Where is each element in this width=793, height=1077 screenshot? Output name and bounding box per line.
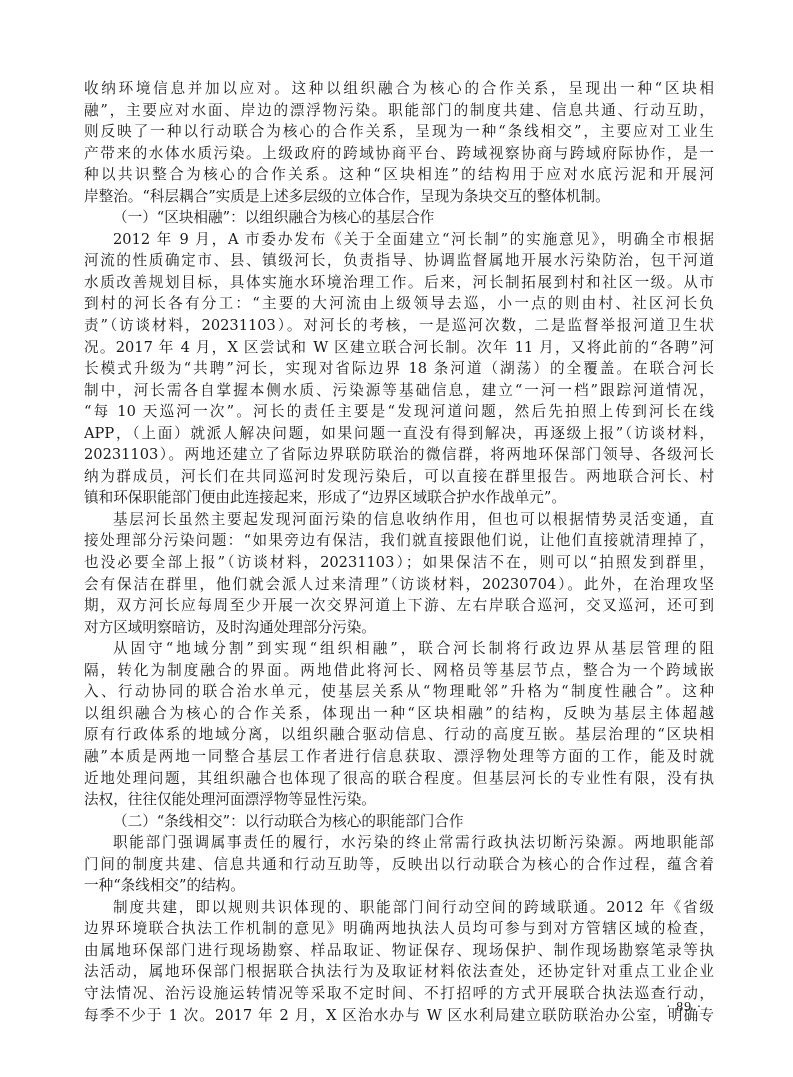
text-line: APP，（上面）就派人解决问题，如果问题一直没有得到解决，再逐级上报”（访谈材料… — [84, 423, 714, 445]
text-line: 融”，主要应对水面、岸边的漂浮物污染。职能部门的制度共建、信息共通、行动互助， — [84, 100, 714, 122]
text-line: 河流的性质确定市、县、镇级河长，负责指导、协调监督属地开展水污染防治，包干河道 — [84, 250, 714, 272]
text-line: 到村的河长各有分工：“主要的大河流由上级领导去巡，小一点的则由村、社区河长负 — [84, 293, 714, 315]
text-line: 种以共识整合为核心的合作关系。这种“区块相连”的结构用于应对水底污泥和开展河 — [84, 164, 714, 186]
text-line: 制度共建，即以规则共识体现的、职能部门间行动空间的跨域联通。2012 年《省级 — [84, 897, 714, 919]
text-line: 2012 年 9 月，A 市委办发布《关于全面建立“河长制”的实施意见》，明确全… — [84, 229, 714, 251]
text-line: 门间的制度共建、信息共通和行动互助等，反映出以行动联合为核心的合作过程，蕴含着 — [84, 854, 714, 876]
text-line: 责”（访谈材料，20231103）。对河长的考核，一是巡河次数，二是监督举报河道… — [84, 315, 714, 337]
section-heading: （一）“区块相融”：以组织融合为核心的基层合作 — [84, 207, 714, 229]
text-line: 岸整治。“科层耦合”实质是上述多层级的立体合作，呈现为条块交互的整体机制。 — [84, 186, 714, 208]
text-line: 产带来的水体水质污染。上级政府的跨域协商平台、跨域视察协商与跨域府际协作，是一 — [84, 143, 714, 165]
text-line: 法活动，属地环保部门根据联合执法行为及取证材料依法查处，还协定针对重点工业企业 — [84, 961, 714, 983]
text-line: 由属地环保部门进行现场勘察、样品取证、物证保存、现场保护、制作现场勘察笔录等执 — [84, 940, 714, 962]
text-line: 每季不少于 1 次。2017 年 2 月，X 区治水办与 W 区水利局建立联防联… — [84, 1005, 714, 1027]
text-line: 纳为群成员，河长们在共同巡河时发现污染后，可以直接在群里报告。两地联合河长、村 — [84, 466, 714, 488]
text-line: 边界环境联合执法工作机制的意见》明确两地执法人员均可参与到对方管辖区域的检查， — [84, 918, 714, 940]
text-line: 对方区域明察暗访，及时沟通处理部分污染。 — [84, 617, 714, 639]
text-line: 守法情况、治污设施运转情况等采取不定时间、不打招呼的方式开展联合执法巡查行动， — [84, 983, 714, 1005]
text-line: 近地处理问题，其组织融合也体现了很高的联合程度。但基层河长的专业性有限，没有执 — [84, 768, 714, 790]
section-heading: （二）“条线相交”：以行动联合为核心的职能部门合作 — [84, 811, 714, 833]
text-line: 20231103）。两地还建立了省际边界联防联治的微信群，将两地环保部门领导、各… — [84, 444, 714, 466]
text-line: 融”本质是两地一同整合基层工作者进行信息获取、漂浮物处理等方面的工作，能及时就 — [84, 746, 714, 768]
article-body: 收纳环境信息并加以应对。这种以组织融合为核心的合作关系，呈现出一种“区块相融”，… — [84, 78, 714, 1026]
text-line: 一种“条线相交”的结构。 — [84, 875, 714, 897]
page-number: · 89 · — [666, 1000, 702, 1016]
text-line: 以组织融合为核心的合作关系，体现出一种“区块相融”的结构，反映为基层主体超越 — [84, 703, 714, 725]
text-line: 会有保洁在群里，他们就会派人过来清理”（访谈材料，20230704）。此外，在治… — [84, 574, 714, 596]
text-line: 镇和环保职能部门便由此连接起来，形成了“边界区域联合护水作战单元”。 — [84, 487, 714, 509]
text-line: 水质改善规划目标，具体实施水环境治理工作。后来，河长制拓展到村和社区一级。从市 — [84, 272, 714, 294]
text-line: 职能部门强调属事责任的履行，水污染的终止常需行政执法切断污染源。两地职能部 — [84, 832, 714, 854]
text-line: 长模式升级为“共聘”河长，实现对省际边界 18 条河道（湖荡）的全覆盖。在联合河… — [84, 358, 714, 380]
text-line: 从固守“地域分割”到实现“组织相融”，联合河长制将行政边界从基层管理的阻 — [84, 638, 714, 660]
text-line: 隔，转化为制度融合的界面。两地借此将河长、网格员等基层节点，整合为一个跨域嵌 — [84, 660, 714, 682]
text-line: 基层河长虽然主要起发现河面污染的信息收纳作用，但也可以根据情势灵活变通，直 — [84, 509, 714, 531]
text-line: 制中，河长需各自掌握本侧水质、污染源等基础信息，建立“一河一档”跟踪河道情况， — [84, 380, 714, 402]
text-line: 法权，往往仅能处理河面漂浮物等显性污染。 — [84, 789, 714, 811]
text-line: 期，双方河长应每周至少开展一次交界河道上下游、左右岸联合巡河，交叉巡河，还可到 — [84, 595, 714, 617]
text-line: 况。2017 年 4 月，X 区尝试和 W 区建立联合河长制。次年 11 月，又… — [84, 337, 714, 359]
text-line: 也没必要全部上报”（访谈材料，20231103）；如果保洁不在，则可以“拍照发到… — [84, 552, 714, 574]
text-line: 原有行政体系的地域分离，以组织融合驱动信息、行动的高度互嵌。基层治理的“区块相 — [84, 724, 714, 746]
text-line: 接处理部分污染问题：“如果旁边有保洁，我们就直接跟他们说，让他们直接就清理掉了， — [84, 530, 714, 552]
text-line: 则反映了一种以行动联合为核心的合作关系，呈现为一种“条线相交”，主要应对工业生 — [84, 121, 714, 143]
text-line: 收纳环境信息并加以应对。这种以组织融合为核心的合作关系，呈现出一种“区块相 — [84, 78, 714, 100]
text-line: 入、行动协同的联合治水单元，使基层关系从“物理毗邻”升格为“制度性融合”。这种 — [84, 681, 714, 703]
text-line: “每 10 天巡河一次”。河长的责任主要是“发现河道问题，然后先拍照上传到河长在… — [84, 401, 714, 423]
